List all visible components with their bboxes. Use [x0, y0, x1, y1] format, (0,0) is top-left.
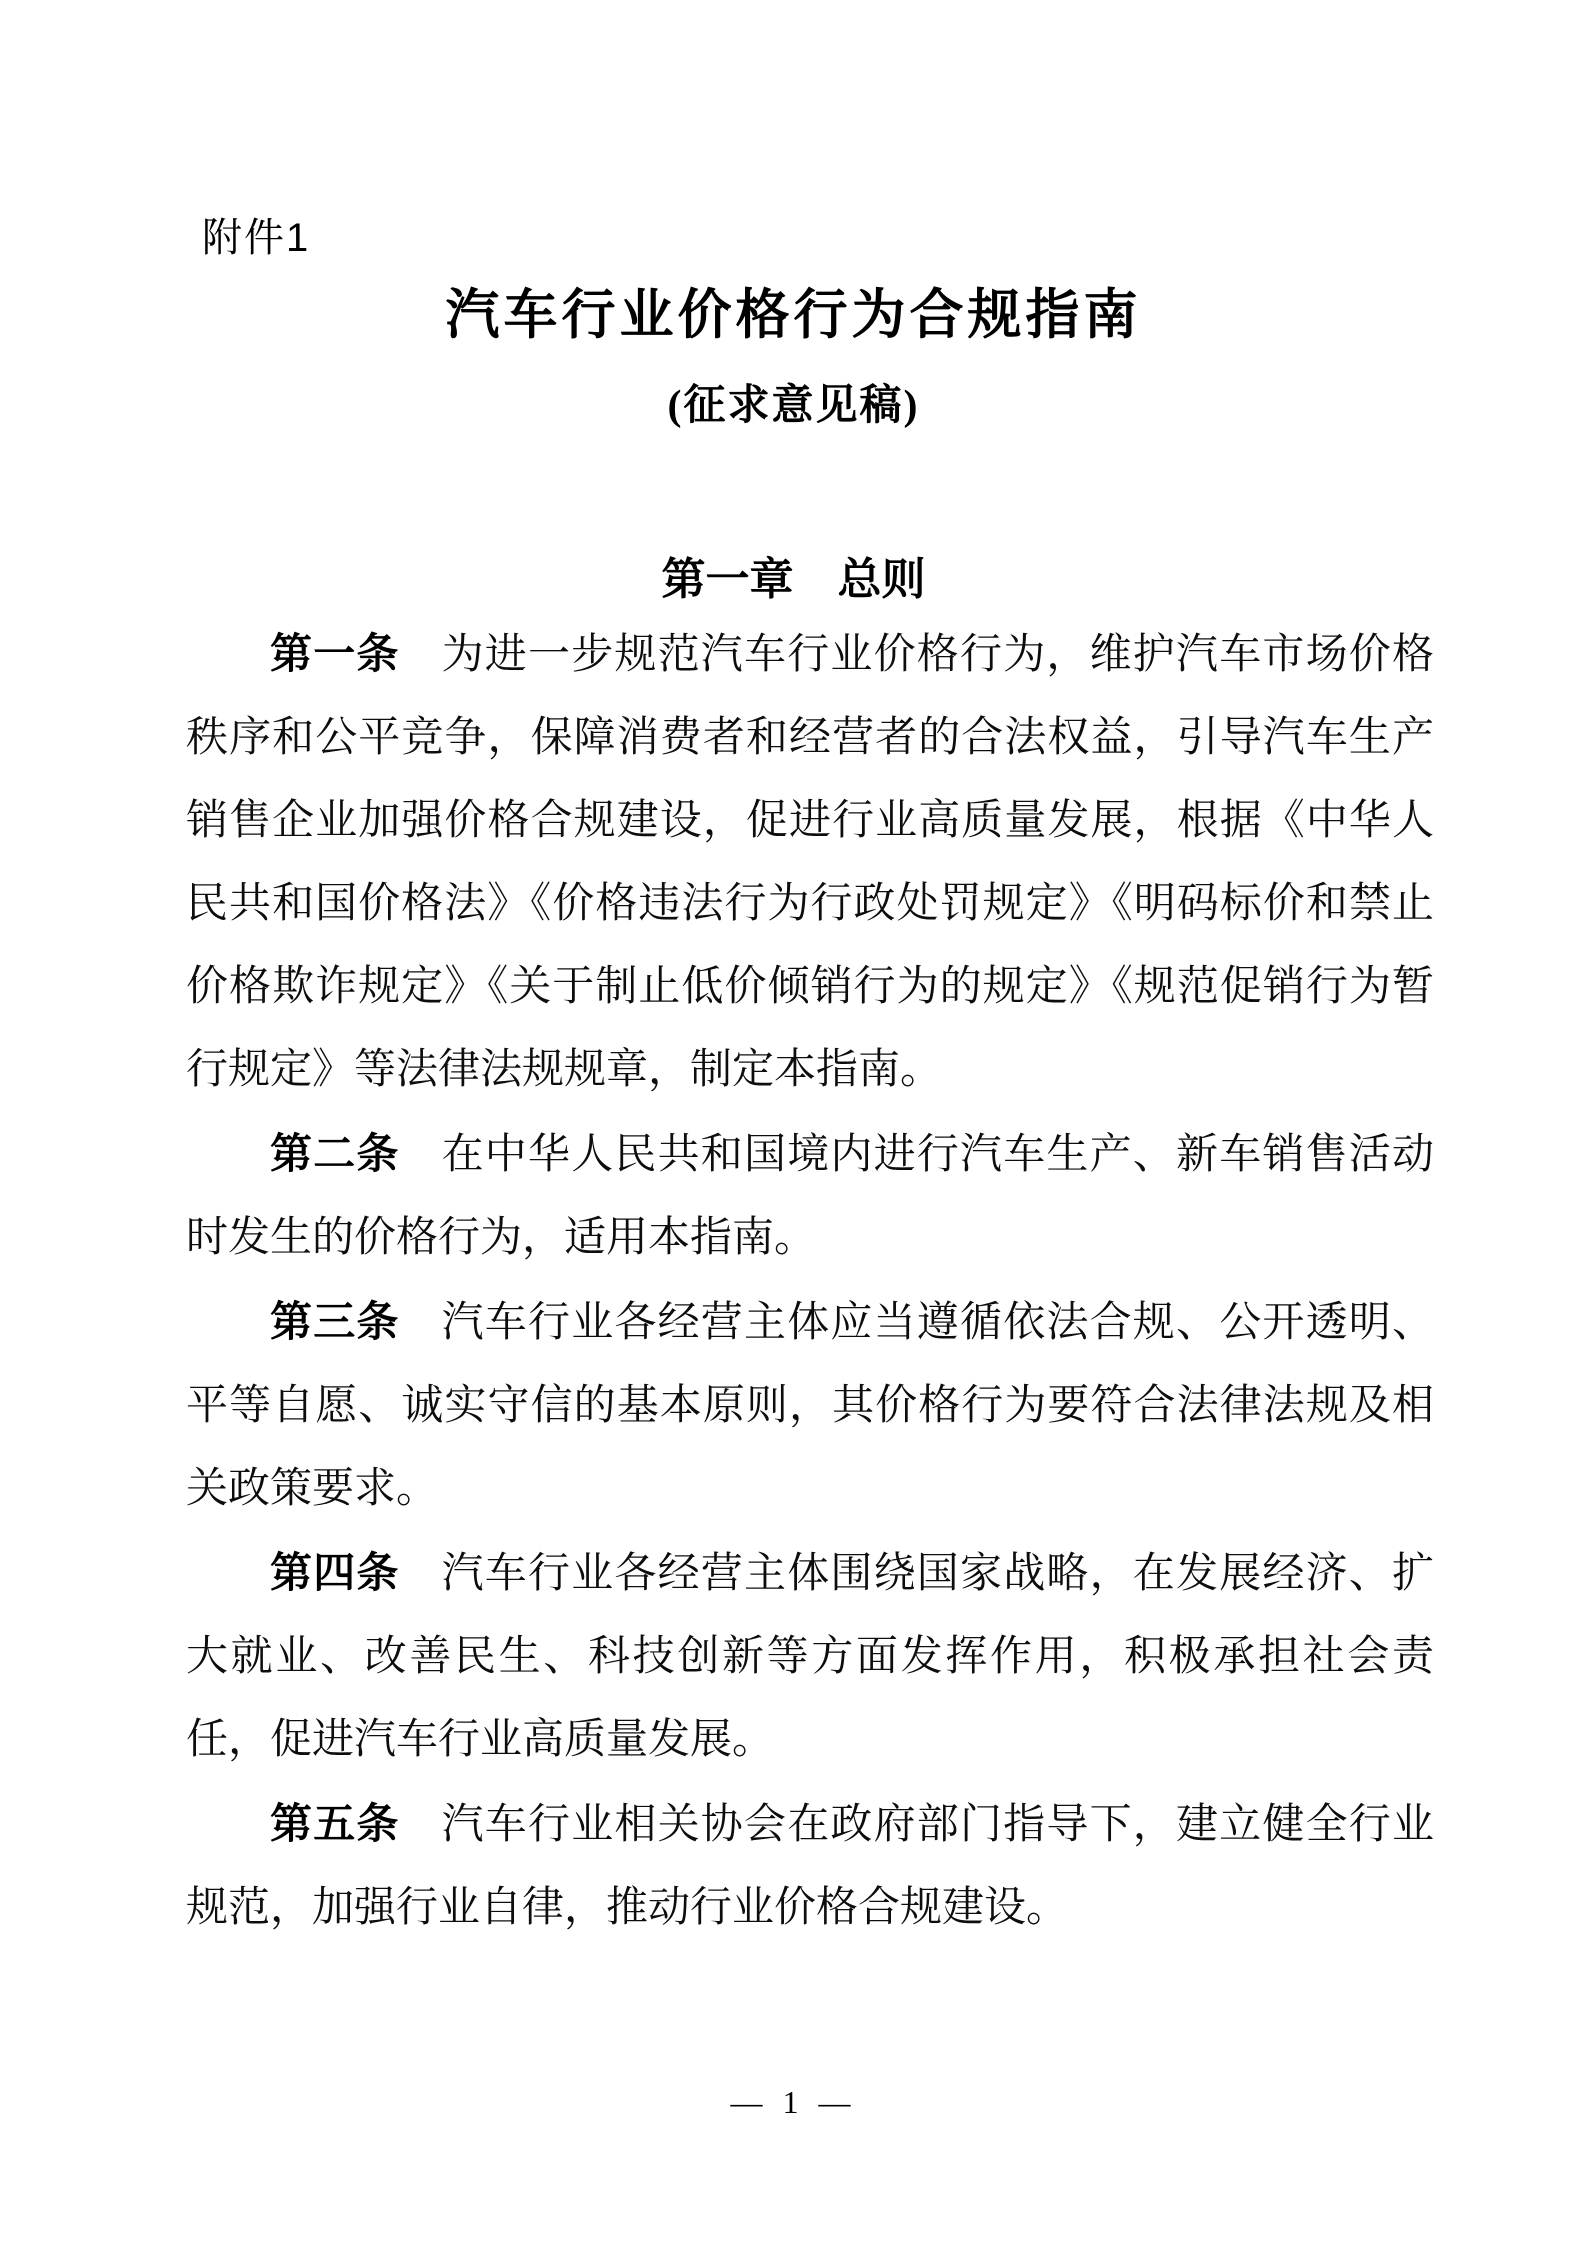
page-number: — 1 — — [0, 2084, 1587, 2121]
article-paragraph: 第一条为进一步规范汽车行业价格行为，维护汽车市场价格秩序和公平竞争，保障消费者和… — [186, 612, 1434, 1112]
document-body: 第一条为进一步规范汽车行业价格行为，维护汽车市场价格秩序和公平竞争，保障消费者和… — [186, 612, 1434, 1950]
article-paragraph: 第四条汽车行业各经营主体围绕国家战略，在发展经济、扩大就业、改善民生、科技创新等… — [186, 1531, 1434, 1782]
article-paragraph: 第二条在中华人民共和国境内进行汽车生产、新车销售活动时发生的价格行为，适用本指南… — [186, 1112, 1434, 1280]
article-label: 第五条 — [270, 1800, 400, 1847]
article-label: 第四条 — [270, 1549, 400, 1596]
article-paragraph: 第三条汽车行业各经营主体应当遵循依法合规、公开透明、平等自愿、诚实守信的基本原则… — [186, 1280, 1434, 1531]
article-label: 第三条 — [270, 1298, 400, 1345]
article-label: 第二条 — [270, 1130, 400, 1177]
document-page: 附件1 汽车行业价格行为合规指南 (征求意见稿) 第一章 总则 第一条为进一步规… — [0, 0, 1587, 2245]
doc-title: 汽车行业价格行为合规指南 — [0, 272, 1587, 349]
attachment-label: 附件1 — [202, 206, 310, 263]
article-paragraph: 第五条汽车行业相关协会在政府部门指导下，建立健全行业规范，加强行业自律，推动行业… — [186, 1782, 1434, 1950]
chapter-heading: 第一章 总则 — [0, 543, 1587, 607]
article-label: 第一条 — [270, 630, 400, 677]
article-text: 为进一步规范汽车行业价格行为，维护汽车市场价格秩序和公平竞争，保障消费者和经营者… — [186, 632, 1434, 1093]
doc-subtitle: (征求意见稿) — [0, 372, 1587, 432]
